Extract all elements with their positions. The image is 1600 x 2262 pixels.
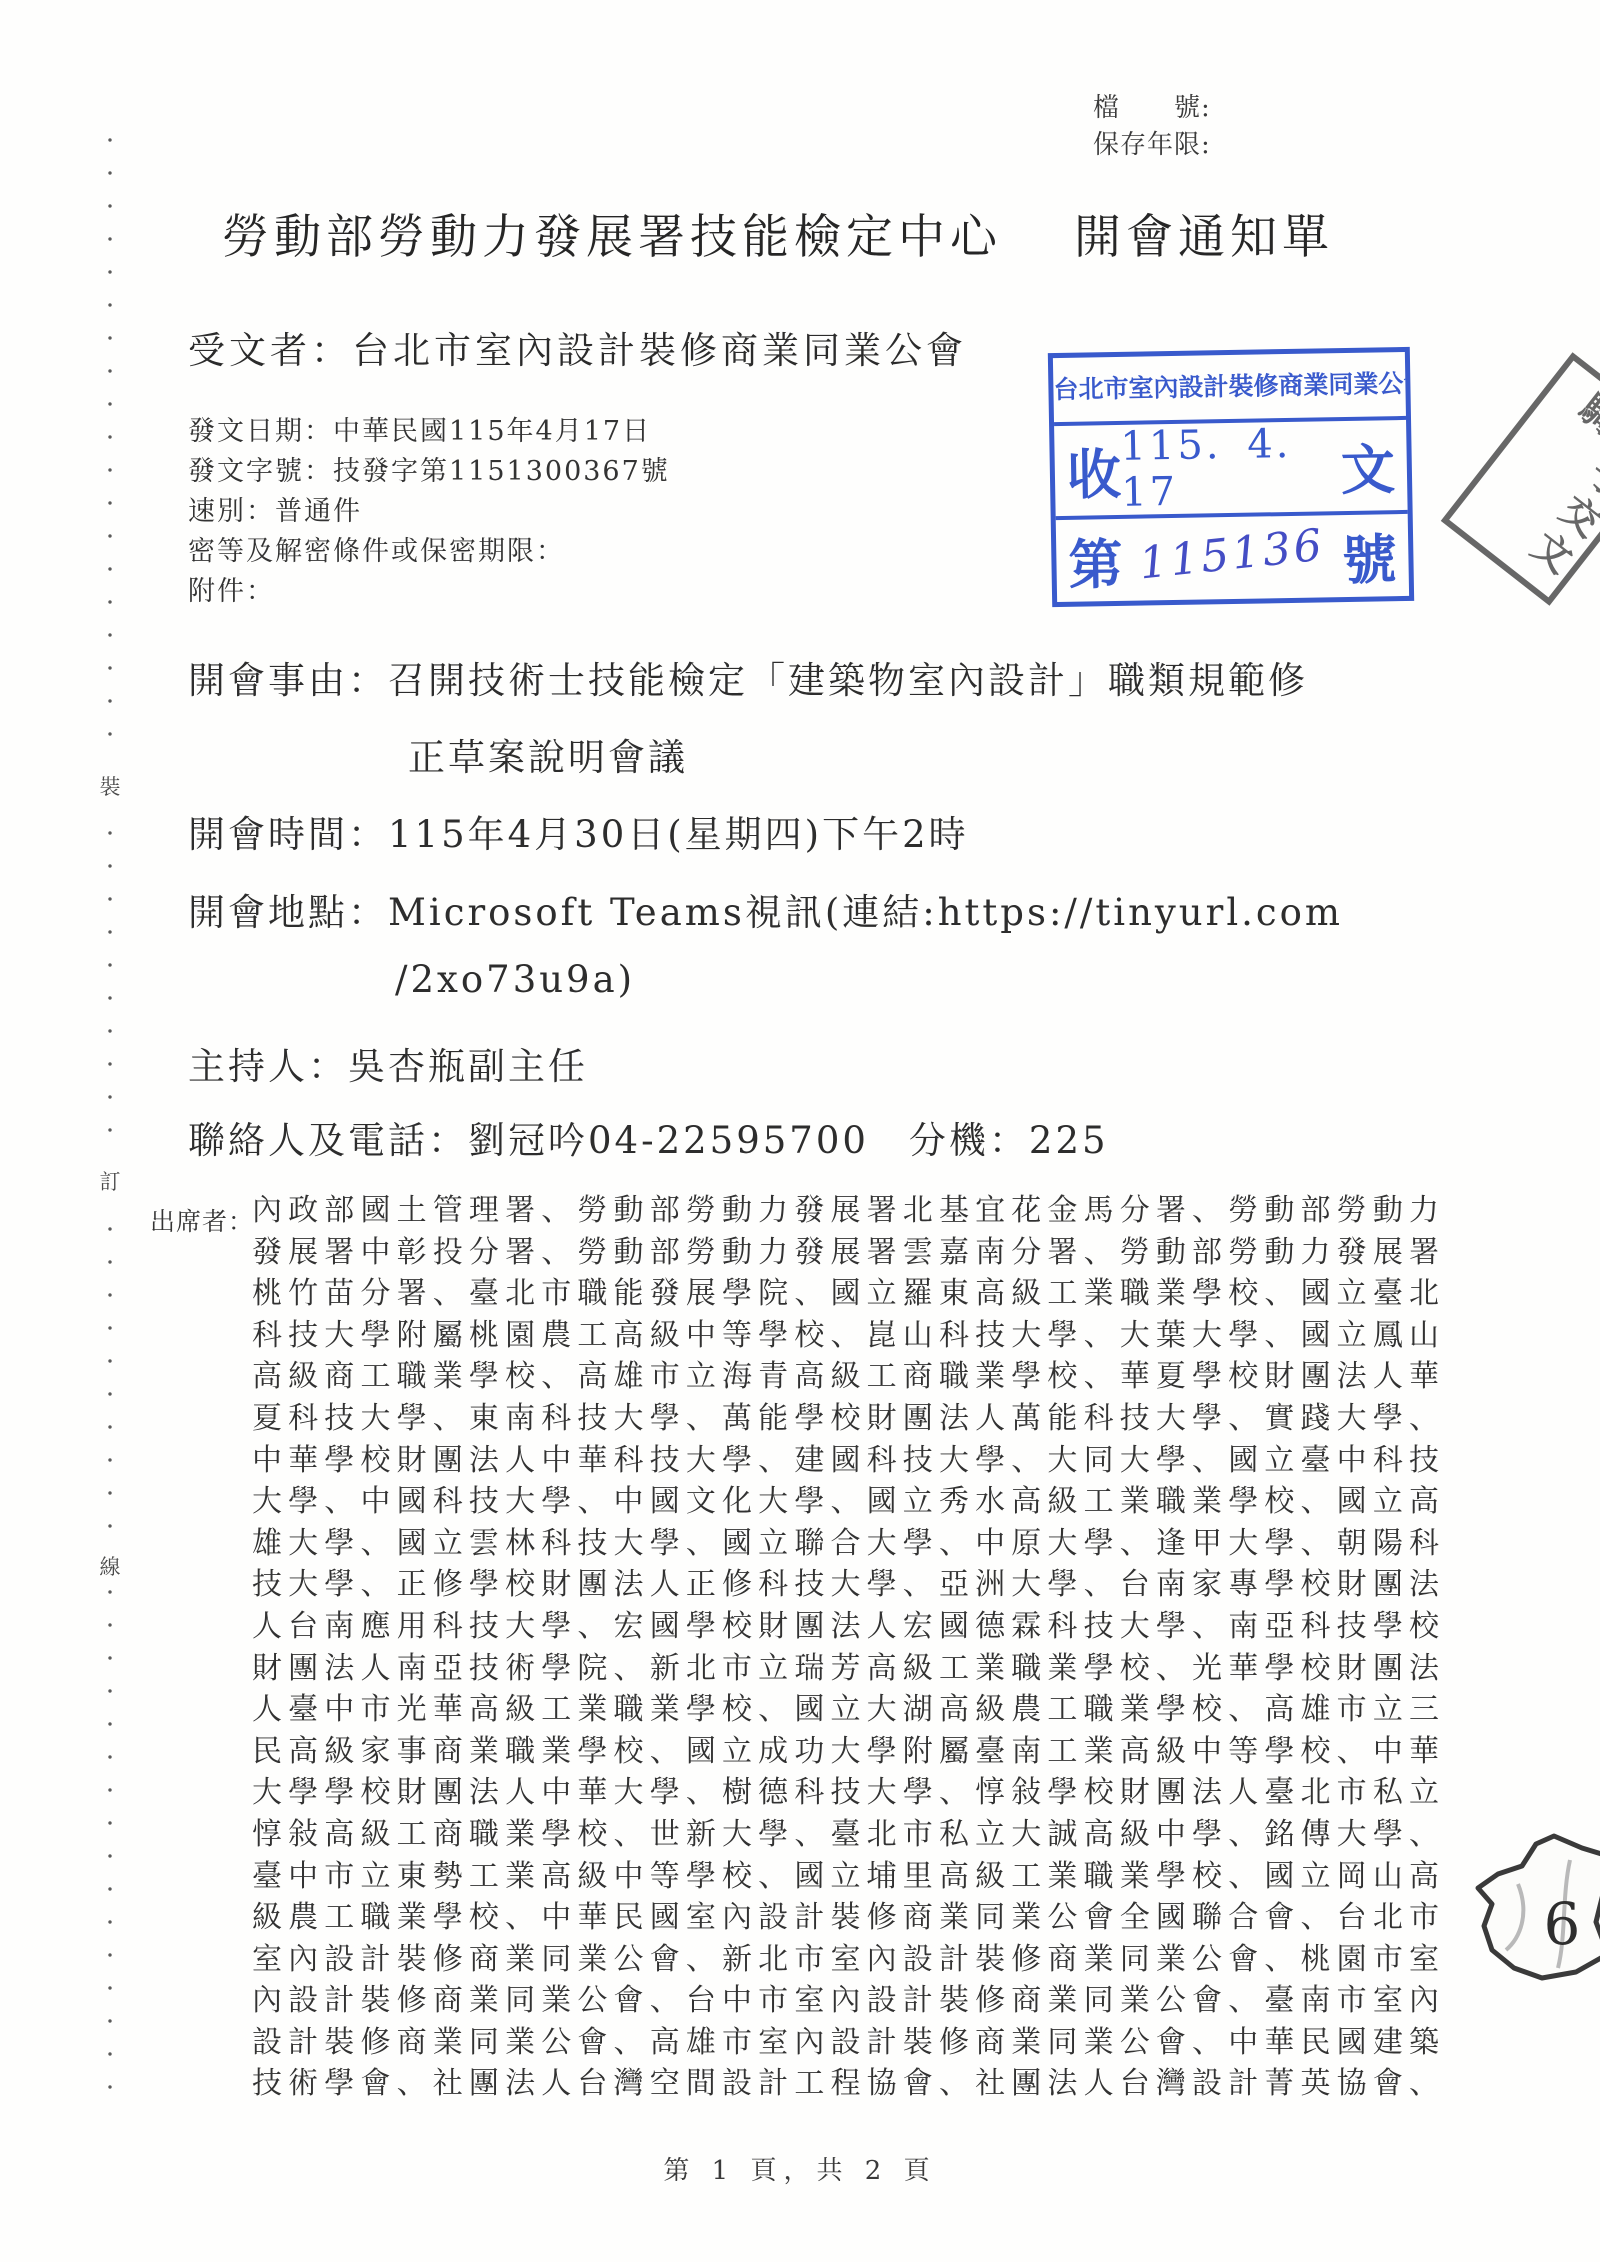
meeting-host-line: 主持人：吳杏瓶副主任 [188,1036,588,1090]
attendee-line: 設計裝修商業同業公會、高雄市室內設計裝修商業同業公會、中華民國建築 [252,2022,1440,2064]
attendee-line: 財團法人南亞技術學院、新北市立瑞芳高級工業職業學校、光華學校財團法 [252,1648,1440,1690]
attendee-line: 雄大學、國立雲林科技大學、國立聯合大學、中原大學、逢甲大學、朝陽科 [252,1523,1440,1565]
attendee-line: 臺中市立東勢工業高級中等學校、國立埔里高級工業職業學校、國立岡山高 [252,1856,1440,1898]
attendee-line: 科技大學附屬桃園農工高級中等學校、崑山科技大學、大葉大學、國立鳳山 [252,1315,1440,1357]
speed-line: 速別：普通件 [188,492,670,532]
received-stamp-date-row: 收 115. 4. 17 文 [1054,420,1408,520]
attendee-line: 室內設計裝修商業同業公會、新北市室內設計裝修商業同業公會、桃園市室 [252,1939,1440,1981]
page-footer: 第 1 頁，共 2 頁 [0,2150,1600,2187]
margin-mark-line: 線 [97,1545,123,1587]
attendee-line: 夏科技大學、東南科技大學、萬能學校財團法人萬能科技大學、實踐大學、 [252,1398,1440,1440]
electronic-exchange-stamp: 電子交文騎 [1441,352,1600,606]
scanned-meeting-notice-page: 裝 訂 線 檔 號: 保存年限: 勞動部勞動力發展署技能檢定中心 開會通知單 受… [0,0,1600,2262]
attendee-line: 桃竹苗分署、臺北市職能發展學院、國立羅東高級工業職業學校、國立臺北 [252,1273,1440,1315]
issuing-org-title: 勞動部勞動力發展署技能檢定中心 [222,200,1002,267]
meeting-time-line: 開會時間：115年4月30日(星期四)下午2時 [188,804,969,858]
attendee-line: 中華學校財團法人中華科技大學、建國科技大學、大同大學、國立臺中科技 [252,1440,1440,1482]
received-stamp-receive-char: 收 [1066,431,1121,509]
attendee-line: 人台南應用科技大學、宏國學校財團法人宏國德霖科技大學、南亞科技學校 [252,1606,1440,1648]
security-line: 密等及解密條件或保密期限： [188,532,670,572]
archive-labels: 檔 號: 保存年限: [1093,90,1211,164]
document-title: 勞動部勞動力發展署技能檢定中心 開會通知單 [222,200,1334,267]
page-edge-mark-icon: 6 [1458,1826,1600,1986]
attendees-label: 出席者： [150,1202,254,1238]
page-edge-mark: 6 [1458,1826,1600,1990]
received-stamp-number-row: 第 115136 號 [1056,514,1409,602]
attendee-line: 發展署中彰投分署、勞動部勞動力發展署雲嘉南分署、勞動部勞動力發展署 [252,1232,1440,1274]
margin-mark-binding: 裝 [97,765,123,807]
attendee-line: 民高級家事商業職業學校、國立成功大學附屬臺南工業高級中等學校、中華 [252,1731,1440,1773]
received-stamp-number-prefix: 第 [1068,521,1123,599]
meeting-subject-line2: 正草案說明會議 [408,727,688,781]
recipient-line: 受文者：台北市室內設計裝修商業同業公會 [188,320,967,374]
received-stamp-number: 115136 [1137,519,1327,589]
attendee-line: 大學學校財團法人中華大學、樹德科技大學、惇敍學校財團法人臺北市私立 [252,1772,1440,1814]
file-number-label: 檔 號: [1093,90,1211,127]
contact-line: 聯絡人及電話：劉冠吟04-22595700 分機：225 [188,1110,1109,1164]
attendees-list: 內政部國土管理署、勞動部勞動力發展署北基宜花金馬分署、勞動部勞動力發展署中彰投分… [252,1190,1440,2105]
attendee-line: 大學、中國科技大學、中國文化大學、國立秀水高級工業職業學校、國立高 [252,1481,1440,1523]
binding-dotted-line [108,138,112,2103]
received-stamp-number-suffix: 號 [1342,517,1397,595]
attendee-line: 技術學會、社團法人台灣空間設計工程協會、社團法人台灣設計菁英協會、 [252,2063,1440,2105]
attachment-line: 附件： [188,572,670,612]
document-meta: 發文日期：中華民國115年4月17日 發文字號：技發字第1151300367號 … [188,412,670,612]
doc-number-line: 發文字號：技發字第1151300367號 [188,452,670,492]
attendee-line: 高級商工職業學校、高雄市立海青高級工商職業學校、華夏學校財團法人華 [252,1356,1440,1398]
attendee-line: 級農工職業學校、中華民國室內設計裝修商業同業公會全國聯合會、台北市 [252,1897,1440,1939]
received-stamp-doc-char: 文 [1340,427,1395,505]
received-stamp-org: 台北市室內設計裝修商業同業公會 [1053,352,1406,426]
meeting-place-line1: 開會地點：Microsoft Teams視訊(連結:https://tinyur… [188,882,1343,936]
attendee-line: 惇敍高級工商職業學校、世新大學、臺北市私立大誠高級中學、銘傳大學、 [252,1814,1440,1856]
attendee-line: 內設計裝修商業同業公會、台中市室內設計裝修商業同業公會、臺南市室內 [252,1980,1440,2022]
meeting-place-line2: /2xo73u9a) [395,958,635,1001]
meeting-subject-line1: 開會事由：召開技術士技能檢定「建築物室內設計」職類規範修 [188,650,1308,704]
attendee-line: 人臺中市光華高級工業職業學校、國立大湖高級農工職業學校、高雄市立三 [252,1689,1440,1731]
attendee-line: 內政部國土管理署、勞動部勞動力發展署北基宜花金馬分署、勞動部勞動力 [252,1190,1440,1232]
margin-mark-staple: 訂 [97,1160,123,1202]
doc-type-title: 開會通知單 [1074,200,1334,267]
retention-period-label: 保存年限: [1093,127,1211,164]
received-stamp: 台北市室內設計裝修商業同業公會 收 115. 4. 17 文 第 115136 … [1048,347,1414,607]
attendee-line: 技大學、正修學校財團法人正修科技大學、亞洲大學、台南家專學校財團法 [252,1564,1440,1606]
received-stamp-date: 115. 4. 17 [1120,420,1342,516]
issue-date-line: 發文日期：中華民國115年4月17日 [188,412,670,452]
page-edge-number: 6 [1544,1890,1581,1958]
